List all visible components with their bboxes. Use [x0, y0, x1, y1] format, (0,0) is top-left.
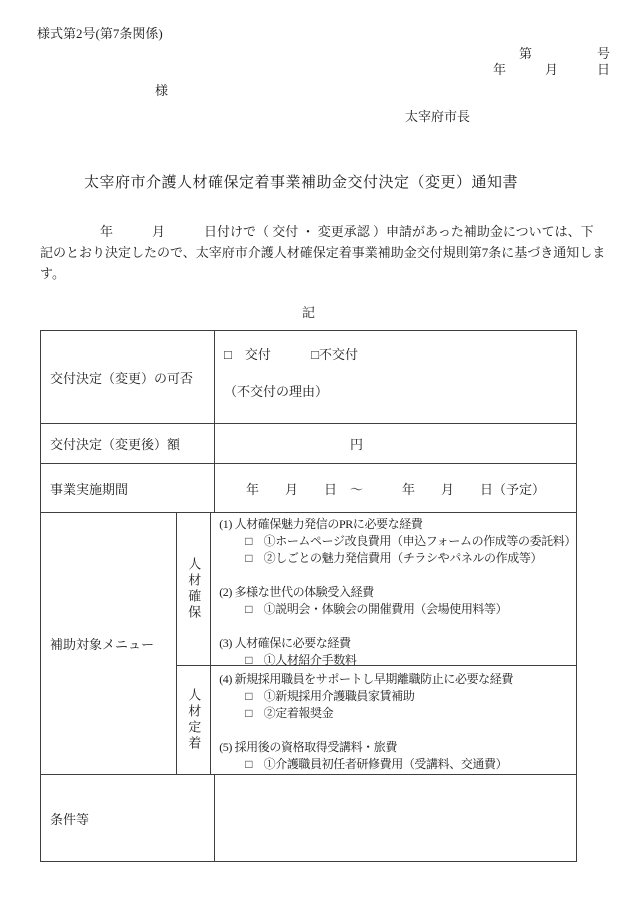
- menu-group-heading: (2) 多様な世代の体験受入経費: [219, 584, 576, 601]
- menu-side-label-secure: 人材確保: [187, 557, 200, 621]
- menu-item-checkbox-line: □ ②定着報奨金: [219, 705, 576, 722]
- document-number-block: 第 号 年 月 日: [493, 46, 610, 78]
- approval-options-line: □ 交付 □不交付: [224, 344, 576, 363]
- no-grant-reason-label: （不交付の理由）: [224, 381, 576, 400]
- row-label-approval: 交付決定（変更）の可否: [41, 331, 215, 423]
- menu-item-checkbox-line: □ ①新規採用介護職員家賃補助: [219, 688, 576, 705]
- table-row-approval: 交付決定（変更）の可否 □ 交付 □不交付 （不交付の理由）: [41, 331, 576, 423]
- row-label-period: 事業実施期間: [41, 464, 215, 512]
- menu-section-retain: 人材定着 (4) 新規採用職員をサポートし早期離職防止に必要な経費 □ ①新規採…: [177, 665, 576, 774]
- addressee-suffix: 様: [155, 83, 168, 99]
- period-value: 年 月 日 ～ 年 月 日（予定）: [215, 464, 576, 512]
- document-page: { "header": { "form_label": "様式第2号(第7条関係…: [0, 0, 630, 903]
- body-line: す。: [40, 263, 600, 284]
- blank-line: [219, 618, 576, 635]
- row-label-menu: 補助対象メニュー: [41, 513, 177, 774]
- conditions-content-cell: [215, 775, 576, 861]
- document-number-line: 第 号: [493, 46, 610, 62]
- table-row-conditions: 条件等: [41, 774, 576, 861]
- menu-item-checkbox-line: □ ①人材紹介手数料: [219, 652, 576, 665]
- menu-item-checkbox-line: □ ①介護職員初任者研修費用（受講料、交通費）: [219, 756, 576, 773]
- table-row-amount: 交付決定（変更後）額 円: [41, 423, 576, 463]
- amount-unit: 円: [215, 424, 576, 463]
- table-row-period: 事業実施期間 年 月 日 ～ 年 月 日（予定）: [41, 463, 576, 512]
- decision-table: 交付決定（変更）の可否 □ 交付 □不交付 （不交付の理由） 交付決定（変更後）…: [40, 330, 577, 862]
- ki-heading: 記: [40, 302, 577, 321]
- menu-group-heading: (1) 人材確保魅力発信のPRに必要な経費: [219, 516, 576, 533]
- body-line: 年 月 日付けで（ 交付 ・ 変更承認 ）申請があった補助金については、下: [40, 221, 600, 242]
- body-paragraph: 年 月 日付けで（ 交付 ・ 変更承認 ）申請があった補助金については、下 記の…: [40, 221, 600, 284]
- menu-side-cell-retain: 人材定着: [177, 666, 211, 774]
- row-label-amount: 交付決定（変更後）額: [41, 424, 215, 463]
- blank-line: [219, 567, 576, 584]
- grant-checkbox-option: □ 交付: [224, 347, 271, 362]
- table-row-menu: 補助対象メニュー 人材確保 (1) 人材確保魅力発信のPRに必要な経費 □ ①ホ…: [41, 512, 576, 774]
- document-date-line: 年 月 日: [493, 62, 610, 78]
- menu-side-cell-secure: 人材確保: [177, 513, 211, 665]
- menu-group-heading: (4) 新規採用職員をサポートし早期離職防止に必要な経費: [219, 671, 576, 688]
- menu-item-checkbox-line: □ ②しごとの魅力発信費用（チラシやパネルの作成等）: [219, 550, 576, 567]
- menu-side-label-retain: 人材定着: [187, 688, 200, 752]
- document-title: 太宰府市介護人材確保定着事業補助金交付決定（変更）通知書: [84, 171, 518, 192]
- sender-name: 太宰府市長: [405, 109, 470, 125]
- menu-right-area: 人材確保 (1) 人材確保魅力発信のPRに必要な経費 □ ①ホームページ改良費用…: [177, 513, 576, 774]
- menu-section-secure: 人材確保 (1) 人材確保魅力発信のPRに必要な経費 □ ①ホームページ改良費用…: [177, 513, 576, 665]
- menu-item-checkbox-line: □ ①説明会・体験会の開催費用（会場使用料等）: [219, 601, 576, 618]
- menu-group-heading: (3) 人材確保に必要な経費: [219, 635, 576, 652]
- no-grant-checkbox-option: □不交付: [311, 347, 358, 362]
- row-label-conditions: 条件等: [41, 775, 215, 861]
- menu-content-secure: (1) 人材確保魅力発信のPRに必要な経費 □ ①ホームページ改良費用（申込フォ…: [211, 513, 576, 665]
- menu-content-retain: (4) 新規採用職員をサポートし早期離職防止に必要な経費 □ ①新規採用介護職員…: [211, 666, 576, 774]
- menu-group-heading: (5) 採用後の資格取得受講料・旅費: [219, 739, 576, 756]
- blank-line: [219, 722, 576, 739]
- approval-content-cell: □ 交付 □不交付 （不交付の理由）: [215, 331, 576, 423]
- body-line: 記のとおり決定したので、太宰府市介護人材確保定着事業補助金交付規則第7条に基づき…: [40, 242, 600, 263]
- form-number-label: 様式第2号(第7条関係): [37, 26, 163, 42]
- menu-item-checkbox-line: □ ①ホームページ改良費用（申込フォームの作成等の委託料）: [219, 533, 576, 550]
